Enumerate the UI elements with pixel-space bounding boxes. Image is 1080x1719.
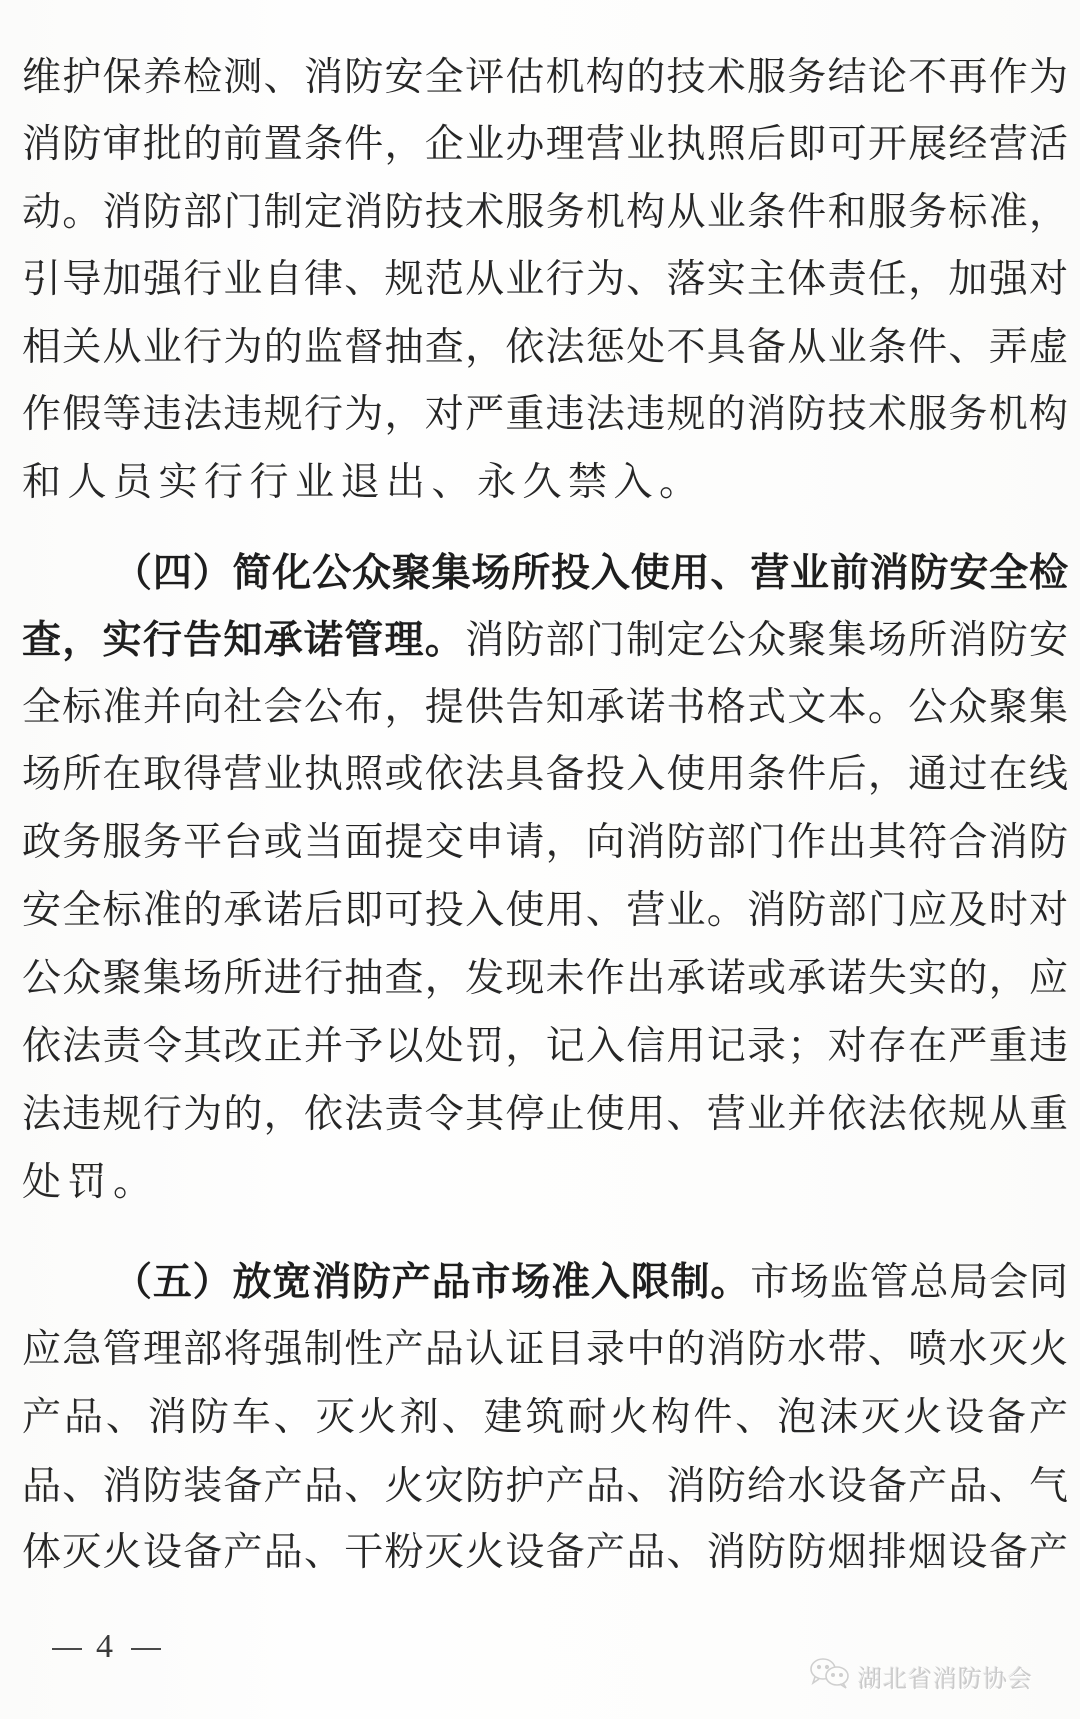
page-number-value: 4 xyxy=(96,1628,117,1665)
body-text: 市场监管总局会同 xyxy=(750,1260,1068,1305)
body-line: 应急管理部将强制性产品认证目录中的消防水带、喷水灭火 xyxy=(22,1327,1068,1373)
body-line: 全标准并向社会公布，提供告知承诺书格式文本。公众聚集 xyxy=(22,685,1068,731)
body-line: 处罚。 xyxy=(22,1160,1068,1206)
body-line: 法违规行为的，依法责令其停止使用、营业并依法依规从重 xyxy=(22,1092,1068,1138)
page-number: 4 xyxy=(38,1628,175,1666)
body-line: 消防审批的前置条件，企业办理营业执照后即可开展经营活 xyxy=(22,122,1068,168)
dash-left xyxy=(52,1648,82,1650)
body-line: 政务服务平台或当面提交申请，向消防部门作出其符合消防 xyxy=(22,820,1068,866)
body-text: 消防部门制定公众聚集场所消防安 xyxy=(465,618,1068,663)
section-heading-4-tail: 查，实行告知承诺管理。 xyxy=(22,617,465,663)
section-heading-5: （五）放宽消防产品市场准入限制。 xyxy=(113,1259,750,1305)
body-line: 产品、消防车、灭火剂、建筑耐火构件、泡沫灭火设备产 xyxy=(22,1395,1068,1441)
body-line: 体灭火设备产品、干粉灭火设备产品、消防防烟排烟设备产 xyxy=(22,1530,1068,1576)
body-line: 相关从业行为的监督抽查，依法惩处不具备从业条件、弄虚 xyxy=(22,325,1068,371)
body-line: 品、消防装备产品、火灾防护产品、消防给水设备产品、气 xyxy=(22,1464,1068,1510)
section-heading-4: （四）简化公众聚集场所投入使用、营业前消防安全检 xyxy=(113,550,1068,596)
body-line: 动。消防部门制定消防技术服务机构从业条件和服务标准， xyxy=(22,190,1068,236)
section-heading-4-continued: 查，实行告知承诺管理。消防部门制定公众聚集场所消防安 xyxy=(22,617,1068,663)
body-line: 安全标准的承诺后即可投入使用、营业。消防部门应及时对 xyxy=(22,888,1068,934)
document-page: 维护保养检测、消防安全评估机构的技术服务结论不再作为 消防审批的前置条件，企业办… xyxy=(0,0,1080,1719)
watermark-text: 湖北省消防协会 xyxy=(858,1659,1033,1694)
section-heading-5-line: （五）放宽消防产品市场准入限制。市场监管总局会同 xyxy=(113,1259,1068,1305)
dash-right xyxy=(131,1648,161,1650)
body-line: 引导加强行业自律、规范从业行为、落实主体责任，加强对 xyxy=(22,257,1068,303)
body-line: 维护保养检测、消防安全评估机构的技术服务结论不再作为 xyxy=(22,55,1068,101)
body-line: 场所在取得营业执照或依法具备投入使用条件后，通过在线 xyxy=(22,752,1068,798)
body-line: 和人员实行行业退出、永久禁入。 xyxy=(22,460,1068,506)
body-line: 依法责令其改正并予以处罚，记入信用记录；对存在严重违 xyxy=(22,1024,1068,1070)
wechat-icon xyxy=(808,1656,852,1696)
body-line: 作假等违法违规行为，对严重违法违规的消防技术服务机构 xyxy=(22,392,1068,438)
body-line: 公众聚集场所进行抽查，发现未作出承诺或承诺失实的，应 xyxy=(22,956,1068,1002)
watermark: 湖北省消防协会 xyxy=(808,1656,1033,1696)
